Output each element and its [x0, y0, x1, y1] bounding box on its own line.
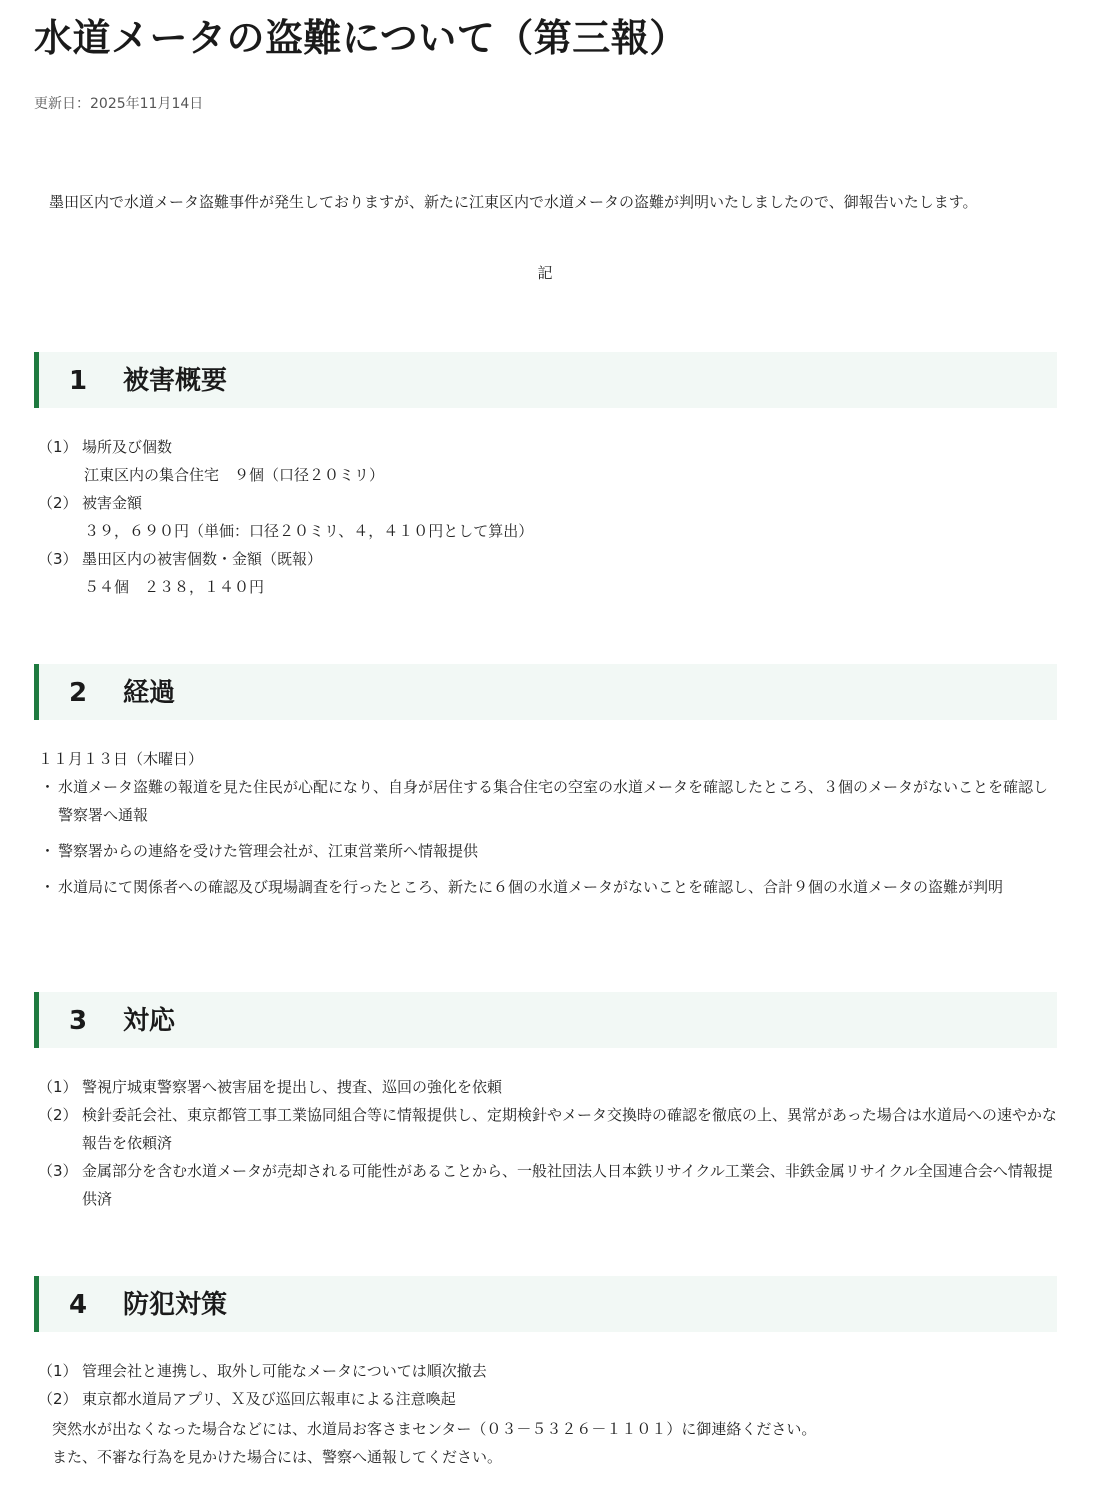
bullet-icon: ・	[38, 837, 58, 865]
list-item: （1） 管理会社と連携し、取外し可能なメータについては順次撤去	[38, 1357, 1058, 1385]
item-label: （1）	[38, 1073, 82, 1101]
list-item: ・ 水道局にて関係者への確認及び現場調査を行ったところ、新たに６個の水道メータが…	[38, 873, 1058, 901]
section-heading-1: 1 被害概要	[34, 352, 1057, 408]
item-text: 東京都水道局アプリ、Ｘ及び巡回広報車による注意喚起	[82, 1385, 1058, 1413]
event-date: １１月１３日（木曜日）	[38, 745, 1058, 773]
ki-marker: 記	[0, 262, 1090, 283]
list-item: （1） 警視庁城東警察署へ被害届を提出し、捜査、巡回の強化を依頼	[38, 1073, 1058, 1101]
item-detail: 江東区内の集合住宅 ９個（口径２０ミリ）	[38, 461, 1058, 489]
item-detail: ３９，６９０円（単価：口径２０ミリ、４，４１０円として算出）	[38, 517, 1058, 545]
contact-line-1: 突然水が出なくなった場合などには、水道局お客さまセンター（０３－５３２６－１１０…	[52, 1415, 816, 1443]
section-body-4: （1） 管理会社と連携し、取外し可能なメータについては順次撤去 （2） 東京都水…	[38, 1357, 1058, 1413]
section-title: 防犯対策	[123, 1276, 227, 1334]
bullet-icon: ・	[38, 873, 58, 901]
contact-line-2: また、不審な行為を見かけた場合には、警察へ通報してください。	[52, 1443, 816, 1471]
updated-date: 更新日：2025年11月14日	[34, 93, 203, 113]
item-text: 墨田区内の被害個数・金額（既報）	[82, 545, 1058, 573]
list-item: （3） 金属部分を含む水道メータが売却される可能性があることから、一般社団法人日…	[38, 1157, 1058, 1213]
list-item: （3） 墨田区内の被害個数・金額（既報）	[38, 545, 1058, 573]
section-body-2: １１月１３日（木曜日） ・ 水道メータ盗難の報道を見た住民が心配になり、自身が居…	[38, 745, 1058, 909]
section-body-1: （1） 場所及び個数 江東区内の集合住宅 ９個（口径２０ミリ） （2） 被害金額…	[38, 433, 1058, 601]
list-item: （2） 検針委託会社、東京都管工事工業協同組合等に情報提供し、定期検針やメータ交…	[38, 1101, 1058, 1157]
list-item: （1） 場所及び個数	[38, 433, 1058, 461]
contact-notice: 突然水が出なくなった場合などには、水道局お客さまセンター（０３－５３２６－１１０…	[52, 1415, 816, 1471]
section-heading-2: 2 経過	[34, 664, 1057, 720]
item-text: 警察署からの連絡を受けた管理会社が、江東営業所へ情報提供	[58, 837, 1058, 865]
item-text: 検針委託会社、東京都管工事工業協同組合等に情報提供し、定期検針やメータ交換時の確…	[82, 1101, 1058, 1157]
item-text: 水道局にて関係者への確認及び現場調査を行ったところ、新たに６個の水道メータがない…	[58, 873, 1058, 901]
section-number: 2	[69, 664, 87, 722]
section-title: 被害概要	[123, 352, 227, 410]
item-label: （2）	[38, 1101, 82, 1157]
item-label: （2）	[38, 489, 82, 517]
item-text: 管理会社と連携し、取外し可能なメータについては順次撤去	[82, 1357, 1058, 1385]
section-number: 4	[69, 1276, 87, 1334]
list-item: （2） 被害金額	[38, 489, 1058, 517]
list-item: ・ 水道メータ盗難の報道を見た住民が心配になり、自身が居住する集合住宅の空室の水…	[38, 773, 1058, 829]
section-heading-3: 3 対応	[34, 992, 1057, 1048]
item-label: （1）	[38, 433, 82, 461]
item-label: （2）	[38, 1385, 82, 1413]
section-title: 対応	[123, 992, 175, 1050]
item-text: 場所及び個数	[82, 433, 1058, 461]
section-number: 3	[69, 992, 87, 1050]
section-heading-4: 4 防犯対策	[34, 1276, 1057, 1332]
intro-paragraph: 墨田区内で水道メータ盗難事件が発生しておりますが、新たに江東区内で水道メータの盗…	[34, 188, 1054, 216]
list-item: （2） 東京都水道局アプリ、Ｘ及び巡回広報車による注意喚起	[38, 1385, 1058, 1413]
bullet-icon: ・	[38, 773, 58, 829]
item-text: 水道メータ盗難の報道を見た住民が心配になり、自身が居住する集合住宅の空室の水道メ…	[58, 773, 1058, 829]
item-detail: ５４個 ２３８，１４０円	[38, 573, 1058, 601]
item-text: 金属部分を含む水道メータが売却される可能性があることから、一般社団法人日本鉄リサ…	[82, 1157, 1058, 1213]
page-title: 水道メータの盗難について（第三報）	[34, 10, 688, 66]
item-text: 被害金額	[82, 489, 1058, 517]
item-label: （3）	[38, 1157, 82, 1213]
section-number: 1	[69, 352, 87, 410]
item-text: 警視庁城東警察署へ被害届を提出し、捜査、巡回の強化を依頼	[82, 1073, 1058, 1101]
section-title: 経過	[123, 664, 175, 722]
item-label: （3）	[38, 545, 82, 573]
section-body-3: （1） 警視庁城東警察署へ被害届を提出し、捜査、巡回の強化を依頼 （2） 検針委…	[38, 1073, 1058, 1213]
list-item: ・ 警察署からの連絡を受けた管理会社が、江東営業所へ情報提供	[38, 837, 1058, 865]
item-label: （1）	[38, 1357, 82, 1385]
